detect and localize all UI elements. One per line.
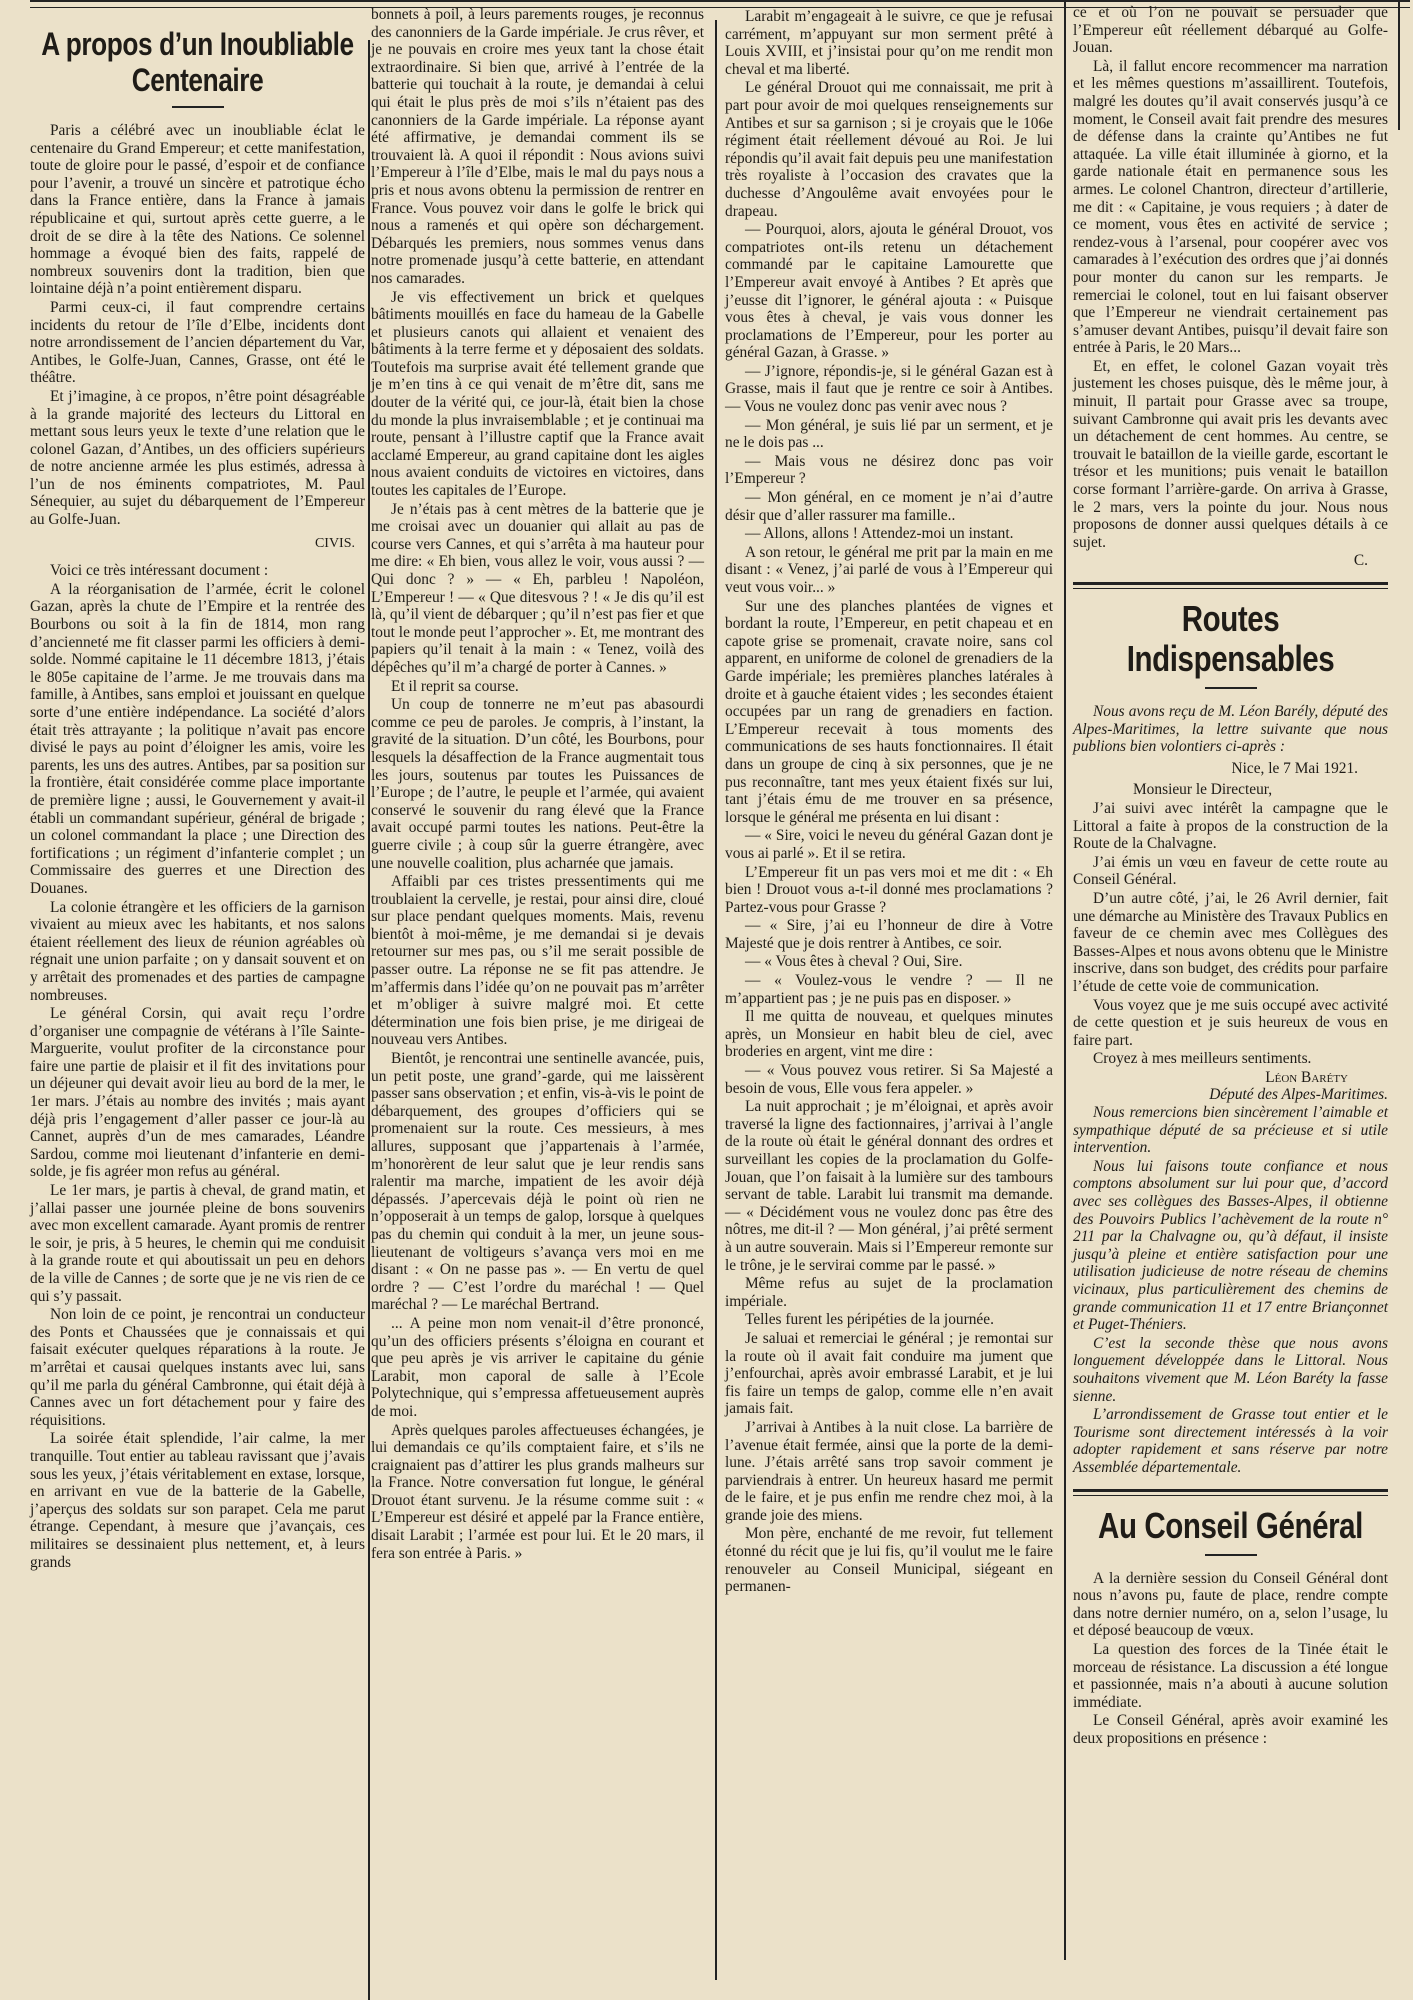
paragraph: A la dernière session du Conseil Général…: [1073, 1570, 1388, 1640]
column-rule: [1064, 0, 1066, 1960]
paragraph: Et, en effet, le colonel Gazan voyait tr…: [1073, 358, 1388, 552]
paragraph: Affaibli par ces tristes pressentiments …: [371, 873, 704, 1049]
paragraph: — Pourquoi, alors, ajouta le général Dro…: [725, 221, 1053, 362]
letter-paragraph: Vous voyez que je me suis occupé avec ac…: [1073, 997, 1388, 1050]
paragraph: — Mon général, je suis lié par un sermen…: [725, 417, 1053, 452]
editorial-paragraph: C’est la seconde thèse que nous avons lo…: [1073, 1335, 1388, 1405]
signer-title: Député des Alpes-Maritimes.: [1073, 1086, 1388, 1104]
paragraph: Le 1er mars, je partis à cheval, de gran…: [30, 1182, 365, 1305]
editorial-paragraph: Nous remercions bien sincèrement l’aimab…: [1073, 1104, 1388, 1157]
paragraph: Là, il fallut encore recommencer ma narr…: [1073, 58, 1388, 357]
intro-italic: Nous avons reçu de M. Léon Barély, déput…: [1073, 703, 1388, 756]
letter-paragraph: D’un autre côté, j’ai, le 26 Avril derni…: [1073, 890, 1388, 996]
paragraph: — « Voulez-vous le vendre ? — Il ne m’ap…: [725, 972, 1053, 1007]
paragraph: — « Sire, voici le neveu du général Gaza…: [725, 827, 1053, 862]
paragraph: — Allons, allons ! Attendez-moi un insta…: [725, 525, 1053, 543]
paragraph: Et il reprit sa course.: [371, 678, 704, 696]
paragraph: Même refus au sujet de la proclamation i…: [725, 1275, 1053, 1310]
letter-dateline: Nice, le 7 Mai 1921.: [1073, 760, 1358, 778]
paragraph: Mon père, enchanté de me revoir, fut tel…: [725, 1525, 1053, 1595]
article-title-conseil: Au Conseil Général: [1077, 1506, 1385, 1546]
paragraph: J’arrivai à Antibes à la nuit close. La …: [725, 1419, 1053, 1525]
paragraph: Je n’étais pas à cent mètres de la batte…: [371, 501, 704, 677]
paragraph: La soirée était splendide, l’air calme, …: [30, 1430, 365, 1571]
intro-paragraph: Et j’imagine, à ce propos, n’être point …: [30, 388, 365, 529]
letter-paragraph: Croyez à mes meilleurs sentiments.: [1073, 1050, 1388, 1068]
document-intro: Voici ce très intéressant document :: [30, 562, 365, 580]
paragraph: Sur une des planches plantées de vignes …: [725, 598, 1053, 827]
column-rule: [715, 20, 717, 1980]
editorial-paragraph: L’arrondissement de Grasse tout entier e…: [1073, 1406, 1388, 1476]
column-2: bonnets à poil, à leurs parements rouges…: [371, 6, 704, 1563]
article-signature: C.: [1073, 552, 1368, 570]
paragraph: Larabit m’engageait à le suivre, ce que …: [725, 8, 1053, 78]
paragraph: — « Vous pouvez vous retirer. Si Sa Maje…: [725, 1062, 1053, 1097]
paragraph: bonnets à poil, à leurs parements rouges…: [371, 6, 704, 288]
paragraph: Le général Corsin, qui avait reçu l’ordr…: [30, 1005, 365, 1181]
article-title-routes: Routes Indispensables: [1077, 599, 1385, 679]
title-rule: [172, 106, 224, 108]
paragraph: Je saluai et remerciai le général ; je r…: [725, 1330, 1053, 1418]
paragraph: Le général Drouot qui me connaissait, me…: [725, 79, 1053, 220]
paragraph: La colonie étrangère et les officiers de…: [30, 899, 365, 1005]
intro-paragraph: Parmi ceux-ci, il faut comprendre certai…: [30, 299, 365, 387]
paragraph: — Mon général, en ce moment je n’ai d’au…: [725, 489, 1053, 524]
title-rule: [1205, 1554, 1257, 1556]
paragraph: — « Sire, j’ai eu l’honneur de dire à Vo…: [725, 917, 1053, 952]
paragraph: — J’ignore, répondis-je, si le général G…: [725, 363, 1053, 416]
column-4: ce et où l’on ne pouvait se persuader qu…: [1073, 4, 1388, 1748]
paragraph: — « Vous êtes à cheval ? Oui, Sire.: [725, 953, 1053, 971]
signer-name: Léon Baréty: [1073, 1069, 1348, 1087]
paragraph: Il me quitta de nouveau, et quelques min…: [725, 1008, 1053, 1061]
section-rule: [1073, 582, 1388, 589]
intro-paragraph: Paris a célébré avec un inoubliable écla…: [30, 122, 365, 298]
column-rule: [1398, 0, 1400, 130]
paragraph: A la réorganisation de l’armée, écrit le…: [30, 581, 365, 898]
editorial-paragraph: Nous lui faisons toute confiance et nous…: [1073, 1158, 1388, 1334]
paragraph: Non loin de ce point, je rencontrai un c…: [30, 1306, 365, 1429]
paragraph: ce et où l’on ne pouvait se persuader qu…: [1073, 4, 1388, 57]
title-rule: [1205, 687, 1257, 689]
article-title-centenaire: A propos d’un Inoubliable Centenaire: [36, 26, 360, 98]
letter-salutation: Monsieur le Directeur,: [1073, 781, 1388, 799]
paragraph: L’Empereur fit un pas vers moi et me dit…: [725, 864, 1053, 917]
paragraph: Je vis effectivement un brick et quelque…: [371, 289, 704, 500]
paragraph: La question des forces de la Tinée était…: [1073, 1641, 1388, 1711]
paragraph: La nuit approchait ; je m’éloignai, et a…: [725, 1098, 1053, 1274]
paragraph: ... A peine mon nom venait-il d’être pro…: [371, 1315, 704, 1421]
paragraph: Le Conseil Général, après avoir examiné …: [1073, 1712, 1388, 1747]
letter-paragraph: J’ai suivi avec intérêt la campagne que …: [1073, 800, 1388, 853]
paragraph: Telles furent les péripéties de la journ…: [725, 1311, 1053, 1329]
paragraph: A son retour, le général me prit par la …: [725, 544, 1053, 597]
column-3: Larabit m’engageait à le suivre, ce que …: [725, 8, 1053, 1597]
paragraph: — Mais vous ne désirez donc pas voir l’E…: [725, 453, 1053, 488]
intro-signature: CIVIS.: [30, 535, 355, 553]
paragraph: Après quelques paroles affectueuses écha…: [371, 1422, 704, 1563]
paragraph: Bientôt, je rencontrai une sentinelle av…: [371, 1050, 704, 1314]
column-rule: [368, 40, 370, 2000]
column-1: A propos d’un Inoubliable Centenaire Par…: [30, 12, 365, 1572]
section-rule: [1073, 1489, 1388, 1496]
paragraph: Un coup de tonnerre ne m’eut pas abasour…: [371, 696, 704, 872]
letter-paragraph: J’ai émis un vœu en faveur de cette rout…: [1073, 854, 1388, 889]
